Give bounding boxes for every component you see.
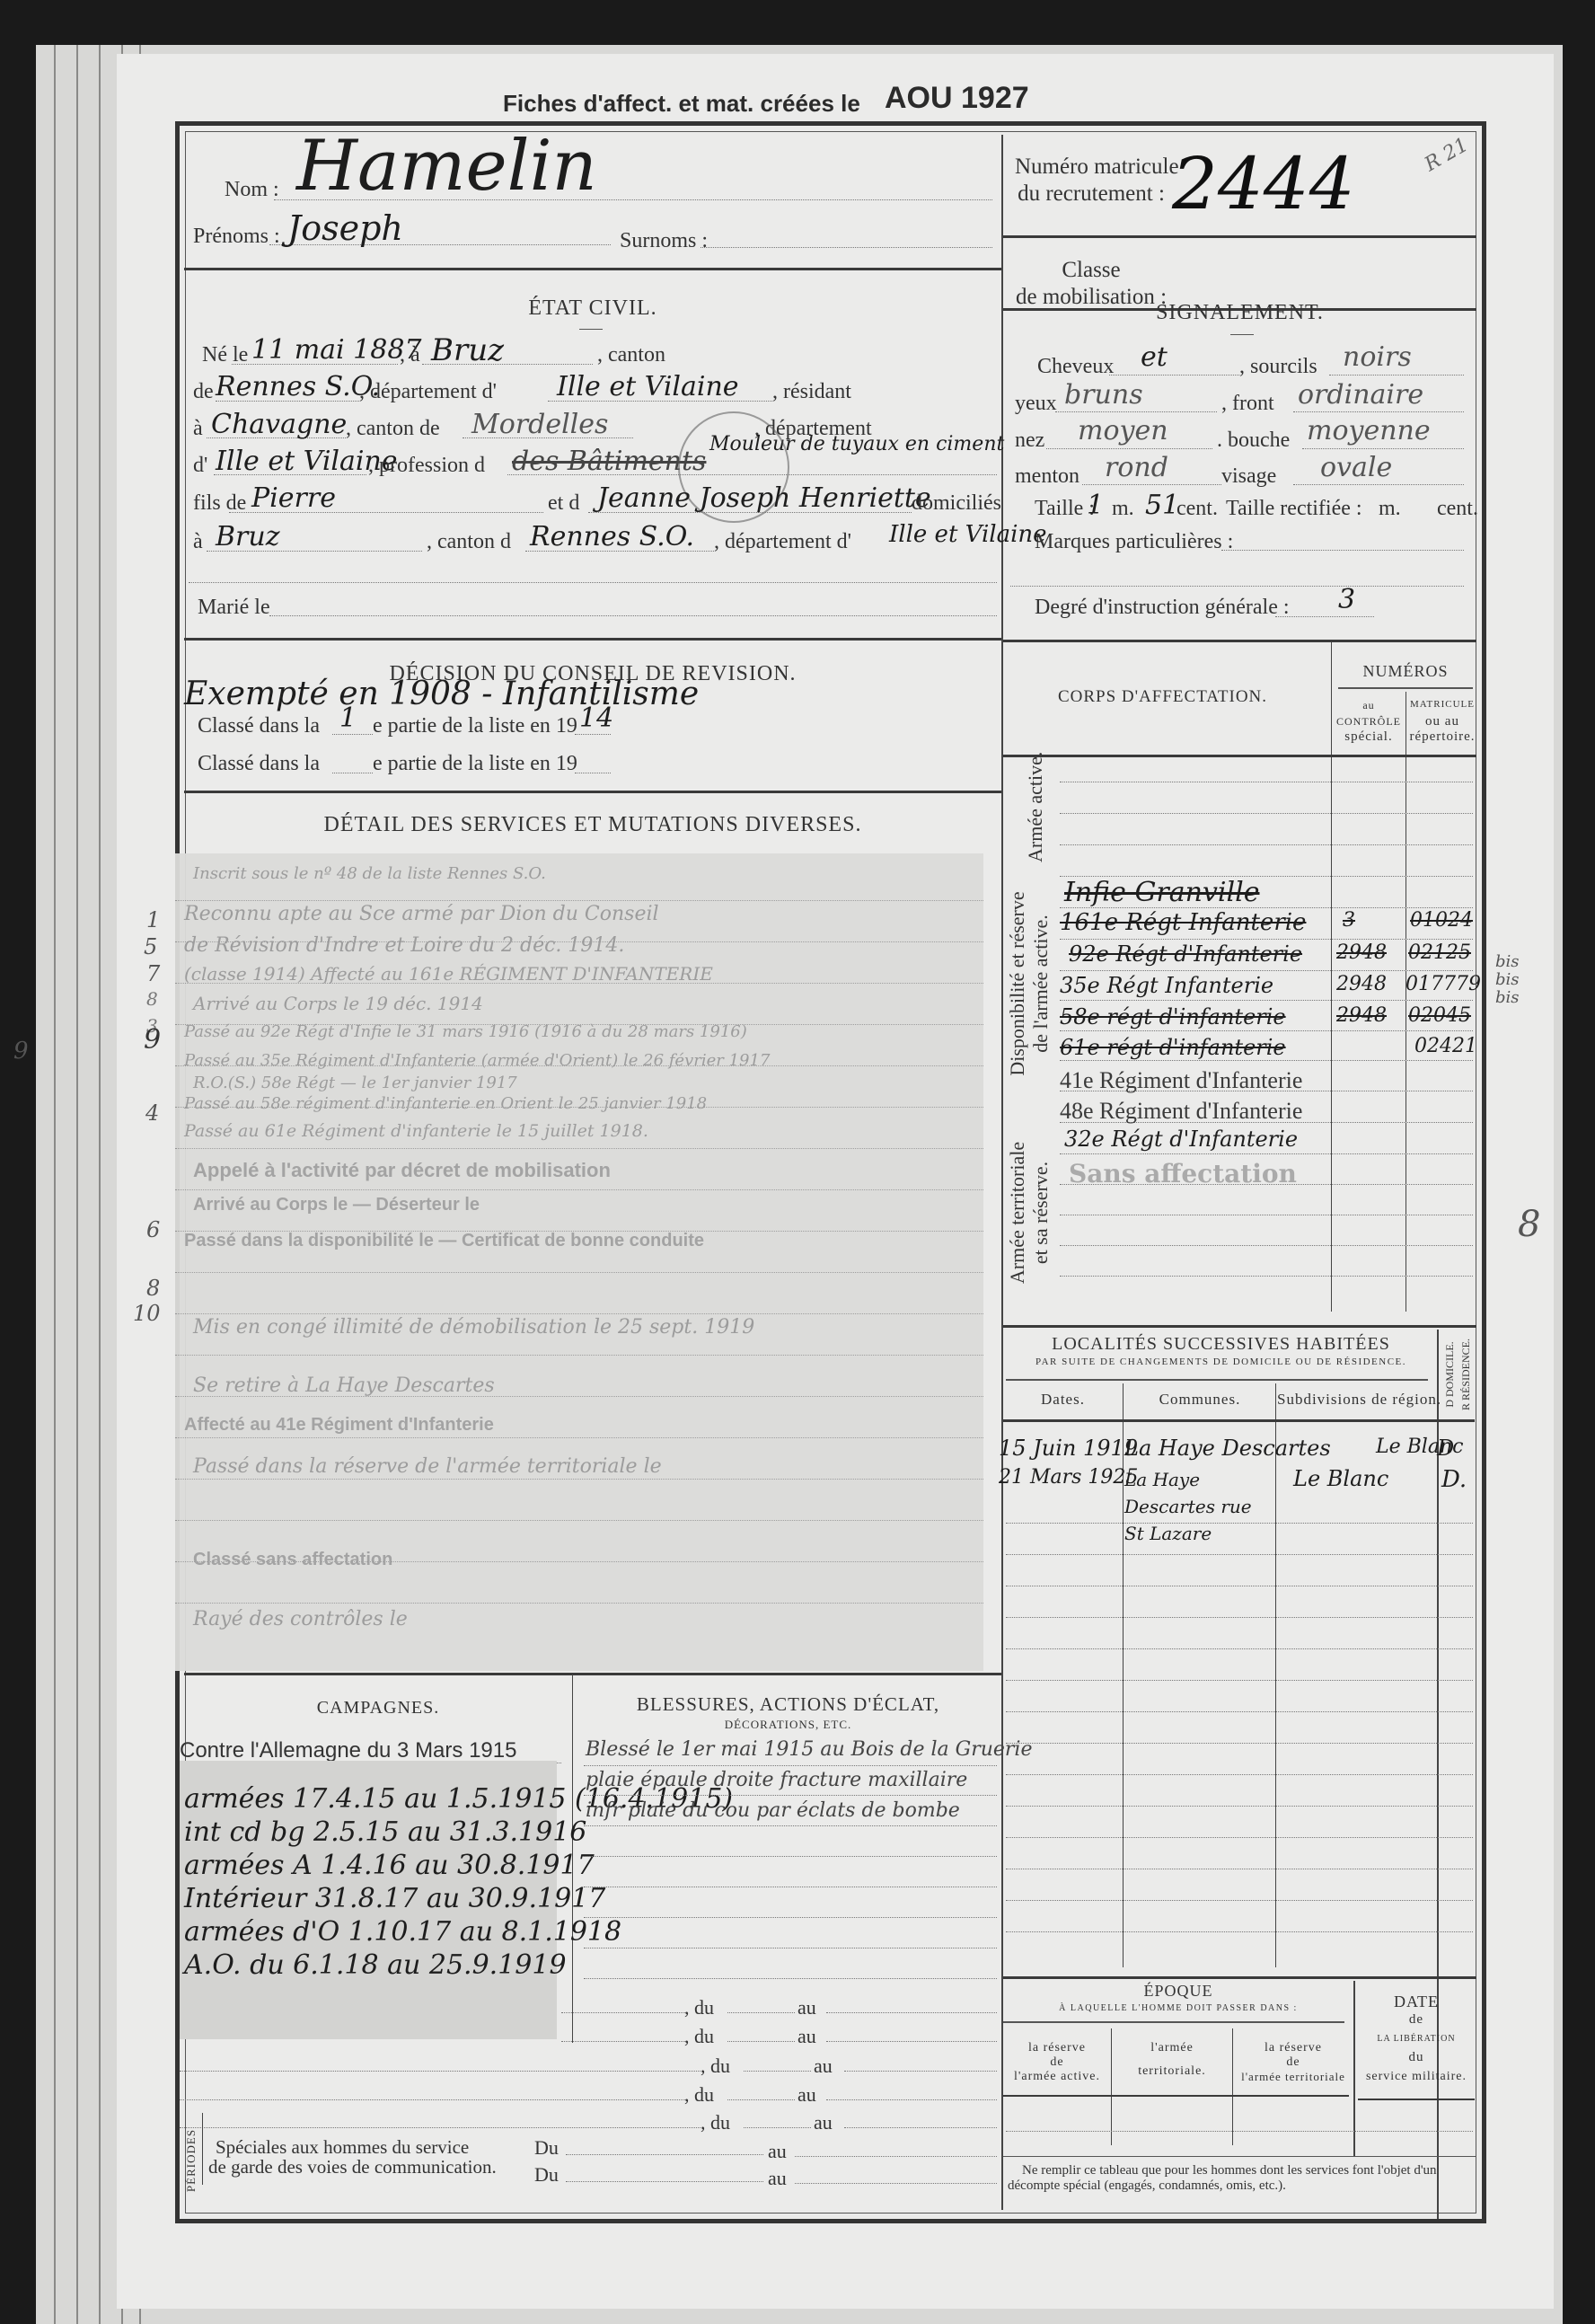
front-value: ordinaire bbox=[1298, 379, 1423, 411]
margin-number: 8 bbox=[146, 988, 158, 1010]
corps-row-controle: 2948 bbox=[1336, 1004, 1387, 1027]
services-line-9: Passé au 58e régiment d'infanterie en Or… bbox=[184, 1094, 707, 1113]
classe1-label-a: Classé dans la bbox=[198, 714, 320, 738]
domicilies-label: domiciliés bbox=[912, 491, 1001, 516]
corps-row-controle: 2948 bbox=[1336, 941, 1387, 964]
corps-row-corps: 61e régt d'infanterie bbox=[1060, 1035, 1286, 1060]
canton3-label: , canton d bbox=[427, 530, 511, 554]
campagne-blank-du: , du bbox=[684, 2083, 714, 2107]
taille-m-unit: m. bbox=[1112, 497, 1134, 521]
departement-value: Ille et Vilaine bbox=[557, 371, 739, 402]
et-d-label: et d bbox=[548, 491, 579, 516]
periodes-du-1: Du bbox=[534, 2136, 559, 2160]
col-communes: Communes. bbox=[1124, 1391, 1275, 1409]
yeux-label: yeux bbox=[1015, 392, 1057, 416]
campagne-line: int cd bg 2.5.15 au 31.3.1916 bbox=[184, 1816, 586, 1848]
matricule-label-1: Numéro matricule bbox=[1015, 155, 1168, 180]
taille-m-value: 1 bbox=[1087, 490, 1104, 521]
localite-subdivision: Le Blanc bbox=[1293, 1466, 1388, 1491]
corps-row-matricule: 017779 bbox=[1406, 973, 1481, 995]
col-matricule-3: répertoire. bbox=[1406, 729, 1478, 745]
blessure-line: infr plaie du cou par éclats de bombe bbox=[586, 1799, 960, 1822]
group-territoriale-1: Armée territoriale bbox=[1006, 1123, 1029, 1303]
epoque-col1-1: la réserve bbox=[1003, 2041, 1111, 2055]
localite-dr: D bbox=[1437, 1436, 1454, 1461]
periodes-label: PÉRIODES bbox=[180, 2125, 203, 2196]
epoque-col3-1: la réserve bbox=[1234, 2041, 1353, 2055]
campagne-blank-au: au bbox=[797, 2083, 816, 2107]
epoque-col3-2: de bbox=[1234, 2055, 1353, 2070]
margin-bis: bis bbox=[1495, 952, 1520, 971]
margin-number: 10 bbox=[133, 1301, 161, 1326]
corps-row-corps: Sans affectation bbox=[1069, 1159, 1297, 1189]
header-stamp-date: AOU 1927 bbox=[885, 81, 1029, 116]
canton2-value: Mordelles bbox=[471, 409, 608, 440]
margin-number: 8 bbox=[146, 1276, 160, 1301]
front-label: , front bbox=[1221, 392, 1274, 416]
epoque-col3-3: l'armée territoriale bbox=[1234, 2070, 1353, 2084]
classe-label-1: Classe bbox=[1015, 258, 1168, 283]
blessure-line: Blessé le 1er mai 1915 au Bois de la Gru… bbox=[586, 1738, 1032, 1761]
epoque-note: Ne remplir ce tableau que pour les homme… bbox=[1008, 2163, 1470, 2194]
services-faded-3: Passé dans la disponibilité le — Certifi… bbox=[184, 1231, 704, 1251]
domicile-value: Bruz bbox=[216, 521, 280, 552]
campagne-line: armées A 1.4.16 au 30.8.1917 bbox=[184, 1850, 595, 1881]
corps-row-corps: Infie Granville bbox=[1064, 877, 1259, 908]
margin-bis: bis bbox=[1495, 988, 1520, 1007]
canton-value: Rennes S.O. bbox=[216, 371, 380, 402]
col-controle-1: au bbox=[1332, 699, 1406, 712]
margin-number: 9 bbox=[144, 1024, 161, 1056]
epoque-col2-2: territoriale. bbox=[1113, 2064, 1231, 2079]
col-matricule-1: MATRICULE bbox=[1406, 699, 1478, 710]
services-line-8: R.O.(S.) 58e Régt — le 1er janvier 1917 bbox=[193, 1074, 517, 1092]
col-residence: R RÉSIDENCE. bbox=[1458, 1334, 1474, 1415]
localite-commune: La Haye Descartes rue St Lazare bbox=[1124, 1466, 1273, 1547]
campagne-blank-du: , du bbox=[701, 2111, 730, 2134]
margin-number: 4 bbox=[145, 1100, 159, 1126]
col-domicile: D DOMICILE. bbox=[1441, 1334, 1458, 1415]
margin-number: 7 bbox=[146, 961, 160, 986]
corps-row-matricule: 02421 bbox=[1414, 1035, 1477, 1057]
blessures-subtitle: DÉCORATIONS, ETC. bbox=[575, 1718, 1001, 1732]
departement-label: , département d' bbox=[359, 380, 497, 404]
campagne-blank-du: , du bbox=[684, 1996, 714, 2019]
liberation-2: de bbox=[1356, 2012, 1476, 2028]
taille-rectifiee-m-unit: m. bbox=[1379, 497, 1401, 521]
campagne-blank-au: au bbox=[814, 2111, 833, 2134]
menton-value: rond bbox=[1105, 452, 1168, 483]
corps-row-corps: 92e Régt d'Infanterie bbox=[1069, 941, 1302, 967]
corps-row-controle: 2948 bbox=[1336, 973, 1387, 995]
prenoms-value: Joseph bbox=[287, 208, 403, 248]
services-faded-1: Appelé à l'activité par décret de mobili… bbox=[193, 1159, 611, 1182]
classe1-year: 14 bbox=[579, 703, 613, 734]
residant-value: Chavagne bbox=[211, 409, 347, 440]
localite-date: 15 Juin 1919 bbox=[999, 1436, 1138, 1461]
campagne-blank-du: , du bbox=[701, 2054, 730, 2078]
epoque-subtitle: À LAQUELLE L'HOMME DOIT PASSER DANS : bbox=[1003, 2003, 1353, 2013]
nez-label: nez bbox=[1015, 429, 1044, 453]
cheveux-value: et bbox=[1141, 341, 1168, 373]
campagnes-contre: Contre l'Allemagne du 3 Mars 1915 bbox=[180, 1738, 516, 1763]
services-title: DÉTAIL DES SERVICES ET MUTATIONS DIVERSE… bbox=[184, 813, 1001, 837]
campagne-blank-au: au bbox=[797, 2025, 816, 2048]
campagne-line: Intérieur 31.8.17 au 30.9.1917 bbox=[184, 1883, 605, 1914]
services-line-2: Reconnu apte au Sce armé par Dion du Con… bbox=[184, 903, 659, 925]
epoque-col1-2: de bbox=[1003, 2055, 1111, 2070]
canton2-label: , canton de bbox=[346, 417, 440, 441]
taille-rectifiee-cent-unit: cent. bbox=[1437, 497, 1478, 521]
taille-rectifiee-label: Taille rectifiée : bbox=[1226, 497, 1362, 521]
visage-value: ovale bbox=[1320, 452, 1392, 483]
marques-label: Marques particulières : bbox=[1035, 530, 1233, 554]
matricule-value: 2444 bbox=[1172, 142, 1355, 225]
services-line-10: Passé au 61e Régiment d'infanterie le 15… bbox=[184, 1121, 648, 1141]
periodes-speciales-2: de garde des voies de communication. bbox=[208, 2156, 497, 2178]
localites-title: LOCALITÉS SUCCESSIVES HABITÉES bbox=[1003, 1334, 1439, 1355]
canton3-value: Rennes S.O. bbox=[530, 521, 694, 552]
campagne-blank-au: au bbox=[814, 2054, 833, 2078]
periodes-au-1: au bbox=[768, 2140, 787, 2163]
services-faded-9: Rayé des contrôles le bbox=[193, 1608, 408, 1630]
localite-commune: La Haye Descartes bbox=[1124, 1436, 1331, 1461]
departement2-prefix: d' bbox=[193, 454, 207, 478]
corps-row-matricule: 02045 bbox=[1408, 1004, 1471, 1027]
margin-bis: bis bbox=[1495, 970, 1520, 989]
taille-label: Taille : bbox=[1035, 497, 1095, 521]
campagnes-title: CAMPAGNES. bbox=[184, 1698, 572, 1719]
corps-row-corps: 48e Régiment d'Infanterie bbox=[1060, 1098, 1302, 1125]
degre-value: 3 bbox=[1338, 584, 1355, 615]
etat-civil-title: ÉTAT CIVIL. bbox=[184, 296, 1001, 321]
group-disponibilite-2: de l'armée active. bbox=[1029, 867, 1053, 1100]
corps-row-corps: 32e Régt d'Infanterie bbox=[1064, 1127, 1298, 1152]
marie-label: Marié le bbox=[198, 596, 270, 620]
departement3-value: Ille et Vilaine bbox=[889, 521, 1047, 548]
matricule-label-2: du recrutement : bbox=[1015, 181, 1168, 207]
nez-value: moyen bbox=[1078, 415, 1168, 446]
epoque-col2-1: l'armée bbox=[1113, 2041, 1231, 2055]
ne-le-value: 11 mai 1887 bbox=[251, 334, 422, 366]
services-line-1: Inscrit sous le nº 48 de la liste Rennes… bbox=[193, 864, 546, 883]
group-territoriale-2: et sa réserve. bbox=[1029, 1123, 1053, 1303]
epoque-col1-3: l'armée active. bbox=[1003, 2070, 1111, 2084]
col-controle-3: spécial. bbox=[1332, 729, 1406, 745]
services-faded-6: Affecté au 41e Régiment d'Infanterie bbox=[184, 1415, 494, 1436]
services-line-6: Passé au 92e Régt d'Infie le 31 mars 191… bbox=[184, 1022, 747, 1041]
localites-subtitle: PAR SUITE DE CHANGEMENTS DE DOMICILE OU … bbox=[1003, 1356, 1439, 1367]
yeux-value: bruns bbox=[1064, 379, 1143, 411]
col-dates: Dates. bbox=[1003, 1391, 1123, 1409]
liberation-1: DATE bbox=[1356, 1993, 1476, 2011]
degre-label: Degré d'instruction générale : bbox=[1035, 596, 1290, 620]
margin-left-note: 9 bbox=[13, 1038, 29, 1065]
corps-title: CORPS D'AFFECTATION. bbox=[1003, 687, 1322, 707]
classe2-label-b: e partie de la liste en 19 bbox=[373, 752, 577, 776]
a-value: Bruz bbox=[431, 332, 504, 368]
col-subdivisions: Subdivisions de région. bbox=[1277, 1391, 1437, 1409]
services-faded-5: Se retire à La Haye Descartes bbox=[193, 1374, 495, 1397]
margin-right-note: 8 bbox=[1518, 1204, 1540, 1245]
group-disponibilite-1: Disponibilité et réserve bbox=[1006, 867, 1029, 1100]
campagne-line: A.O. du 6.1.18 au 25.9.1919 bbox=[184, 1949, 567, 1981]
surnoms-label: Surnoms : bbox=[620, 229, 708, 253]
liberation-3: LA LIBÉRATION bbox=[1356, 2034, 1476, 2044]
residant-label: , résidant bbox=[772, 380, 851, 404]
corps-row-corps: 161e Régt Infanterie bbox=[1060, 909, 1306, 936]
margin-number: 6 bbox=[146, 1217, 160, 1242]
nom-value: Hamelin bbox=[296, 126, 597, 207]
corps-row-matricule: 02125 bbox=[1408, 941, 1471, 964]
residant-a-prefix: à bbox=[193, 417, 203, 441]
a-label: , à bbox=[400, 343, 420, 367]
liberation-5: service militaire. bbox=[1356, 2070, 1476, 2084]
mere-value: Jeanne Joseph Henriette bbox=[597, 482, 931, 514]
prenoms-label: Prénoms : bbox=[193, 225, 280, 249]
sourcils-value: noirs bbox=[1343, 341, 1412, 373]
liberation-4: du bbox=[1356, 2050, 1476, 2065]
col-matricule-2: ou au bbox=[1406, 714, 1478, 729]
corps-row-corps: 41e Régiment d'Infanterie bbox=[1060, 1067, 1302, 1094]
services-line-3: de Révision d'Indre et Loire du 2 déc. 1… bbox=[184, 934, 624, 957]
decision-handwritten: Exempté en 1908 - Infantilisme bbox=[184, 676, 699, 712]
margin-number: 5 bbox=[144, 934, 157, 959]
blessures-title: BLESSURES, ACTIONS D'ÉCLAT, bbox=[575, 1693, 1001, 1716]
classe1-partie: 1 bbox=[339, 703, 357, 734]
signalement-title: SIGNALEMENT. bbox=[1003, 301, 1476, 325]
nom-label: Nom : bbox=[225, 178, 279, 202]
services-faded-8: Classé sans affectation bbox=[193, 1550, 392, 1570]
services-line-4: (classe 1914) Affecté au 161e RÉGIMENT D… bbox=[184, 963, 713, 985]
epoque-title: ÉPOQUE bbox=[1003, 1982, 1353, 2001]
header-stamp-label: Fiches d'affect. et mat. créées le bbox=[503, 90, 860, 118]
corps-row-matricule: 01024 bbox=[1410, 909, 1473, 932]
pere-value: Pierre bbox=[251, 482, 336, 514]
services-line-5: Arrivé au Corps le 19 déc. 1914 bbox=[193, 993, 483, 1014]
localite-date: 21 Mars 1925 bbox=[999, 1466, 1138, 1489]
profession-struck: des Bâtiments bbox=[512, 446, 706, 477]
corps-row-controle: 3 bbox=[1343, 909, 1355, 932]
taille-cent-value: 51 bbox=[1145, 490, 1179, 521]
departement3-label: , département d' bbox=[714, 530, 851, 554]
profession-label: , profession d bbox=[368, 454, 485, 478]
blessure-line: plaie épaule droite fracture maxillaire bbox=[586, 1769, 967, 1791]
margin-number: 1 bbox=[146, 907, 160, 932]
numeros-title: NUMÉROS bbox=[1334, 662, 1477, 681]
cheveux-label: Cheveux bbox=[1037, 355, 1114, 379]
classe1-label-b: e partie de la liste en 19 bbox=[373, 714, 577, 738]
canton-de-prefix: de bbox=[193, 380, 214, 404]
group-armee-active: Armée active. bbox=[1024, 755, 1047, 862]
services-faded-2: Arrivé au Corps le — Déserteur le bbox=[193, 1195, 480, 1215]
campagne-line: armées d'O 1.10.17 au 8.1.1918 bbox=[184, 1916, 621, 1948]
canton-label: , canton bbox=[597, 343, 665, 367]
periodes-au-2: au bbox=[768, 2167, 787, 2190]
sourcils-label: , sourcils bbox=[1239, 355, 1317, 379]
taille-cent-unit: cent. bbox=[1176, 497, 1218, 521]
corps-row-corps: 58e régt d'infanterie bbox=[1060, 1004, 1286, 1029]
classe2-label-a: Classé dans la bbox=[198, 752, 320, 776]
services-faded-7: Passé dans la réserve de l'armée territo… bbox=[193, 1455, 662, 1478]
domicile-a-prefix: à bbox=[193, 530, 203, 554]
campagne-blank-du: , du bbox=[684, 2025, 714, 2048]
corps-row-corps: 35e Régt Infanterie bbox=[1060, 973, 1273, 998]
col-controle-2: CONTRÔLE bbox=[1332, 715, 1406, 729]
services-line-7: Passé au 35e Régiment d'Infanterie (armé… bbox=[184, 1051, 770, 1070]
campagne-blank-au: au bbox=[797, 1996, 816, 2019]
bouche-value: moyenne bbox=[1307, 415, 1431, 446]
bouche-label: . bouche bbox=[1217, 429, 1290, 453]
visage-label: visage bbox=[1221, 464, 1276, 489]
menton-label: menton bbox=[1015, 464, 1079, 489]
services-faded-4: Mis en congé illimité de démobilisation … bbox=[193, 1316, 754, 1339]
localite-dr: D. bbox=[1441, 1466, 1467, 1493]
periodes-du-2: Du bbox=[534, 2163, 559, 2187]
